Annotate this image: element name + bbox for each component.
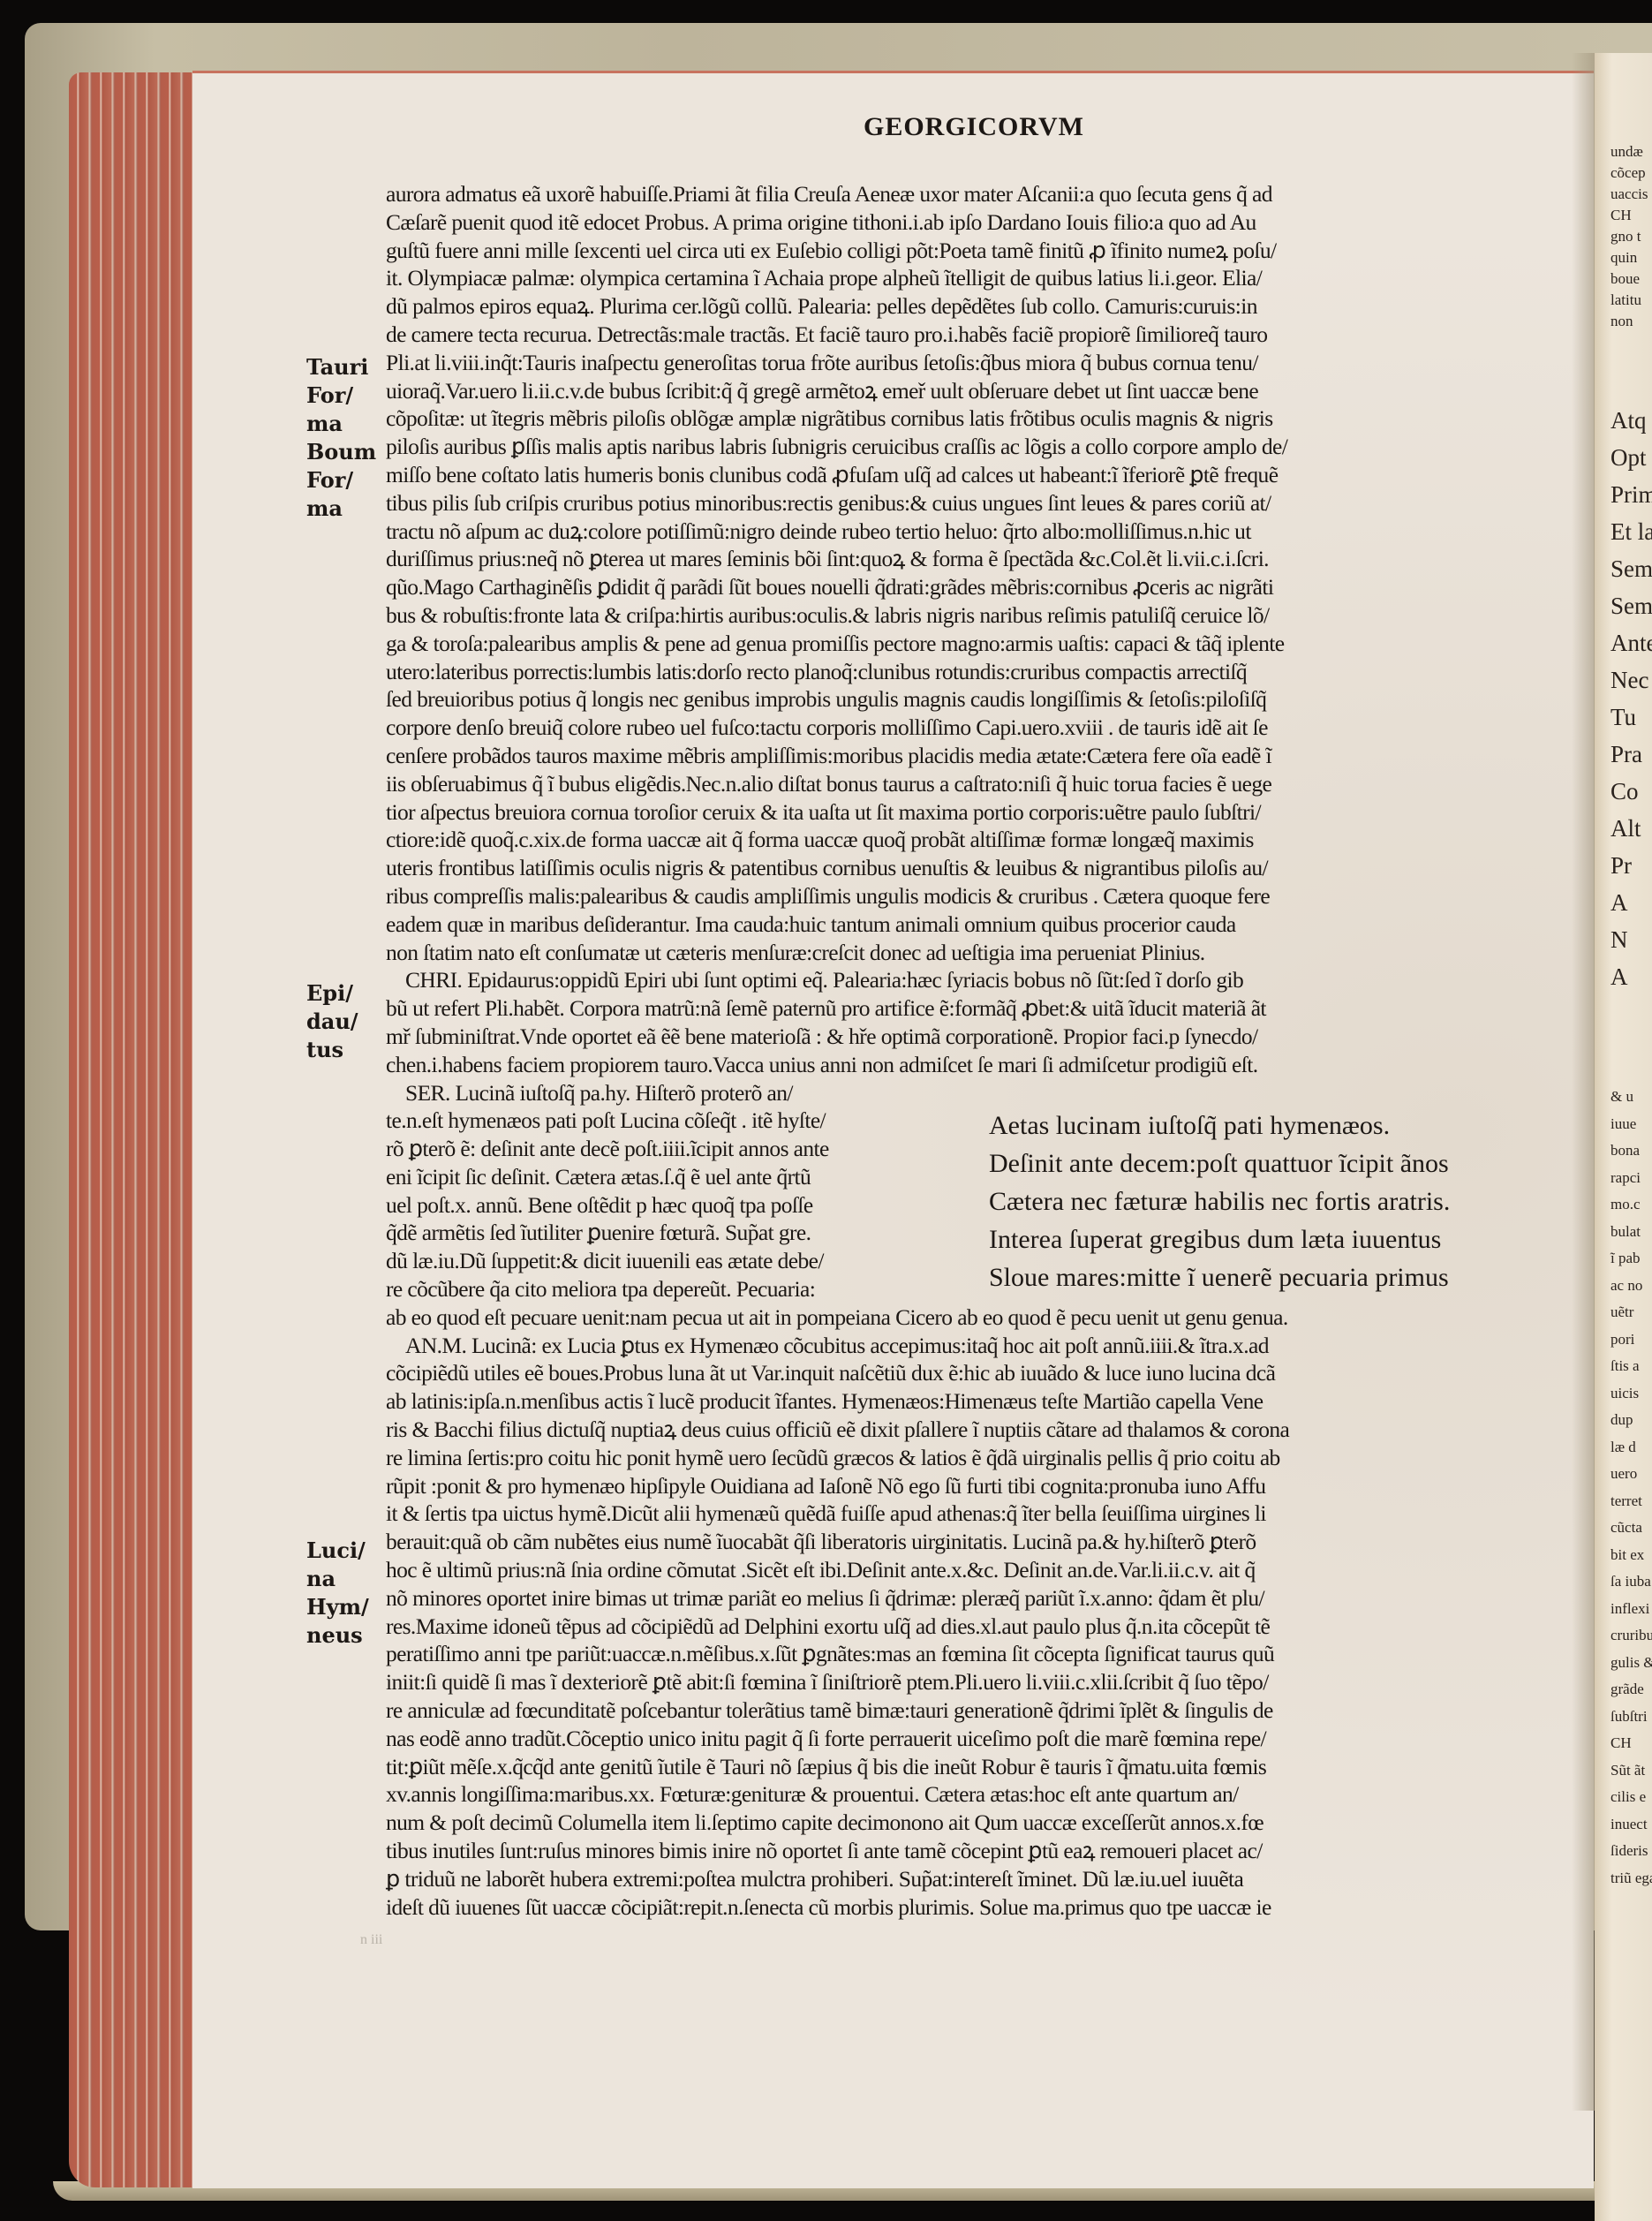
facing-fragment: cilis e <box>1611 1787 1646 1808</box>
facing-fragment: bit ex <box>1611 1545 1644 1566</box>
facing-page-fragment: undæcõcepuaccis CHgno tquinbouelatitunon… <box>1595 53 1652 2221</box>
facing-fragment: grãde <box>1611 1679 1644 1700</box>
facing-fragment: Sem <box>1611 587 1652 624</box>
text-line: berauit:quã ob cãm nubẽtes eius numẽ ĩuo… <box>386 1528 1534 1556</box>
commentary-lower: ab eo quod eſt pecuare uenit:nam pecua u… <box>386 1303 1534 1922</box>
text-line: uel poſt.x. annũ. Bene oſtẽdit p hæc quo… <box>386 1191 995 1220</box>
facing-fragment: Pra <box>1611 736 1642 773</box>
text-line: ris & Bacchi filius dictuſq̃ nuptiaꝝ deu… <box>386 1416 1534 1444</box>
facing-fragment: Tu <box>1611 699 1636 736</box>
text-line: ab latinis:ipſa.n.menſibus actis ĩ lucẽ … <box>386 1387 1534 1416</box>
text-line: bus & robuſtis:fronte lata & criſpa:hirt… <box>386 601 1534 630</box>
facing-fragment: Prim <box>1611 476 1652 513</box>
facing-fragment: dup <box>1611 1409 1633 1431</box>
facing-fragment: Pr <box>1611 847 1632 884</box>
text-line: ctiore:idẽ quoq̃.c.xix.de forma uaccæ ai… <box>386 826 1534 854</box>
facing-fragment: A <box>1611 958 1628 995</box>
verse-line: Aetas lucinam iuſtoſq̃ pati hymenæos. <box>989 1107 1450 1144</box>
facing-fragment: Alt <box>1611 810 1641 847</box>
text-line: re limina ſertis:pro coitu hic ponit hym… <box>386 1444 1534 1472</box>
facing-fragment: CH <box>1611 1733 1632 1754</box>
verse-line: Deſinit ante decem:poſt quattuor ĩcipit … <box>989 1144 1450 1182</box>
text-line: Pli.at li.viii.inq̃t:Tauris inaſpectu ge… <box>386 349 1534 377</box>
facing-fragment: bulat <box>1611 1221 1641 1243</box>
facing-fragment: cũcta <box>1611 1517 1642 1538</box>
facing-fragment: quin <box>1611 247 1637 268</box>
verse-text: Aetas lucinam iuſtoſq̃ pati hymenæos.Deſ… <box>989 1107 1450 1296</box>
text-line: te.n.eſt hymenæos pati poſt Lucina cõſeq… <box>386 1107 995 1135</box>
marginal-note: Tauri For/ ma Boum For/ ma <box>306 353 376 523</box>
facing-fragment: uicis <box>1611 1383 1639 1404</box>
text-line: iis obſeruabimus q̃ ĩ bubus eligẽdis.Nec… <box>386 770 1534 798</box>
marginal-note: Luci/ na Hym/ neus <box>306 1537 369 1650</box>
text-line: it & ſertis tpa uictus hymẽ.Dicũt alii h… <box>386 1500 1534 1528</box>
text-line: tibus inutiles ſunt:ruſus minores bimis … <box>386 1837 1534 1865</box>
facing-fragment: ſa iuba <box>1611 1571 1651 1592</box>
facing-fragment: uero <box>1611 1463 1637 1484</box>
text-line: aurora admatus eã uxorẽ habuiſſe.Priami … <box>386 180 1534 208</box>
facing-fragment: Ante <box>1611 624 1652 661</box>
text-line: res.Maxime idoneũ tẽpus ad cõcipiẽdũ ad … <box>386 1613 1534 1641</box>
text-line: it. Olympiacæ palmæ: olympica certamina … <box>386 264 1534 292</box>
verse-line: Cætera nec fæturæ habilis nec fortis ara… <box>989 1182 1450 1220</box>
facing-fragment: rapci <box>1611 1167 1641 1189</box>
facing-fragment: ĩ pab <box>1611 1248 1641 1269</box>
facing-fragment: & u <box>1611 1086 1633 1107</box>
text-line: iniit:ſi quidẽ ſi mas ĩ dexteriorẽ ꝑtẽ a… <box>386 1668 1534 1696</box>
facing-fragment: inuect <box>1611 1814 1648 1835</box>
facing-fragment: ſtis a <box>1611 1356 1640 1377</box>
text-line: re cõcũbere q̃a cito meliora tpa depereũ… <box>386 1275 995 1303</box>
facing-fragment: læ d <box>1611 1437 1636 1458</box>
text-line: ideſt dũ iuuenes ſũt uaccæ cõcipiãt:repi… <box>386 1893 1534 1922</box>
text-line: dũ læ.iu.Dũ ſuppetit:& dicit iuuenili ea… <box>386 1247 995 1275</box>
text-line: tractu nõ aſpum ac duꝝ:colore potiſſimũ:… <box>386 517 1534 546</box>
text-line: nõ minores oportet inire bimas ut trimæ … <box>386 1584 1534 1613</box>
text-line: tibus pilis ſub criſpis cruribus potius … <box>386 489 1534 517</box>
text-line: peratiſſimo anni tpe pariũt:uaccæ.n.mẽſi… <box>386 1640 1534 1668</box>
verse-line: Sloue mares:mitte ĩ uenerẽ pecuaria prim… <box>989 1258 1450 1296</box>
text-line: ga & toroſa:palearibus amplis & pene ad … <box>386 630 1534 658</box>
facing-fragment: iuue <box>1611 1114 1636 1135</box>
facing-fragment: uẽtr <box>1611 1302 1633 1323</box>
text-line: ſed breuioribus potius q̃ longis nec gen… <box>386 685 1534 714</box>
text-line: qũo.Mago Carthaginẽſis ꝑdidit q̃ parãdi … <box>386 573 1534 601</box>
text-line: eni ĩcipit ſic deſinit. Cætera ætas.ſ.q̃… <box>386 1163 995 1191</box>
text-line: ꝑ triduũ ne laborẽt hubera extremi:poſte… <box>386 1865 1534 1893</box>
facing-fragment: terret <box>1611 1491 1642 1512</box>
text-line: CHRI. Epidaurus:oppidũ Epiri ubi ſunt op… <box>386 966 1534 994</box>
text-line: cenſere probãdos tauros maxime mẽbris am… <box>386 742 1534 770</box>
text-line: xv.annis longiſſima:maribus.xx. Fœturæ:g… <box>386 1780 1534 1809</box>
text-line: tior aſpectus breuiora cornua toroſior c… <box>386 798 1534 827</box>
commentary-upper: aurora admatus eã uxorẽ habuiſſe.Priami … <box>386 180 1534 966</box>
verse-line: Interea ſuperat gregibus dum læta iuuent… <box>989 1220 1450 1258</box>
text-line: ribus compreſſis malis:palearibus & caud… <box>386 882 1534 910</box>
facing-fragment: Co <box>1611 773 1639 810</box>
text-line: Cæſarẽ puenit quod itẽ edocet Probus. A … <box>386 208 1534 237</box>
facing-fragment: Nec <box>1611 661 1648 699</box>
marginal-note: Epi/ dau/ tus <box>306 979 358 1064</box>
facing-fragment: Sem <box>1611 550 1652 587</box>
facing-fragment: Opt <box>1611 439 1647 476</box>
text-line: ab eo quod eſt pecuare uenit:nam pecua u… <box>386 1303 1534 1332</box>
text-line: guſtũ fuere anni mille ſexcenti uel circ… <box>386 237 1534 265</box>
commentary-ser: SER. Lucinã iuſtoſq̃ pa.hy. Hiſterõ prot… <box>386 1079 995 1303</box>
text-line: AN.M. Lucinã: ex Lucia ꝑtus ex Hymenæo c… <box>386 1332 1534 1360</box>
text-line: eadem quæ in maribus deſiderantur. Ima c… <box>386 910 1534 939</box>
facing-fragment: ſideris <box>1611 1840 1648 1862</box>
text-line: non ſtatim nato eſt conſumatæ ut cæteris… <box>386 939 1534 967</box>
text-line: mř ſubminiſtrat.Vnde oportet eã ẽẽ bene … <box>386 1023 1534 1051</box>
text-line: piloſis auribus ꝑſſis malis aptis naribu… <box>386 433 1534 461</box>
facing-fragment: inflexi <box>1611 1598 1649 1620</box>
text-line: rõ ꝑterõ ẽ: deſinit ante decẽ poſt.iiii.… <box>386 1135 995 1163</box>
signature-mark: n iii <box>360 1932 382 1948</box>
facing-fragment: latitu <box>1611 290 1641 311</box>
text-line: SER. Lucinã iuſtoſq̃ pa.hy. Hiſterõ prot… <box>386 1079 995 1107</box>
facing-fragment: gulis & <box>1611 1652 1652 1673</box>
running-head: GEORGICORVM <box>864 112 1084 142</box>
facing-fragment: ac no <box>1611 1275 1642 1296</box>
facing-fragment: gno t <box>1611 226 1641 247</box>
facing-fragment: cõcep <box>1611 162 1646 184</box>
facing-fragment: ſubſtri <box>1611 1706 1648 1727</box>
facing-fragment: uaccis <box>1611 184 1648 205</box>
facing-fragment: undæ <box>1611 141 1643 162</box>
facing-fragment: boue <box>1611 268 1640 290</box>
facing-fragment: pori <box>1611 1329 1634 1350</box>
red-sprinkled-page-edges <box>69 72 195 2187</box>
facing-fragment: N <box>1611 921 1628 958</box>
facing-fragment: Sũt ãt <box>1611 1760 1645 1781</box>
facing-fragment: non <box>1611 311 1633 332</box>
text-line: bũ ut refert Pli.habẽt. Corpora matrũ:nã… <box>386 994 1534 1023</box>
facing-fragment: CH <box>1611 205 1632 226</box>
text-line: uteris frontibus latiſſimis oculis nigri… <box>386 854 1534 882</box>
text-line: corpore denſo breuiq̃ colore rubeo uel f… <box>386 714 1534 742</box>
text-line: uioraq̃.Var.uero li.ii.c.v.de bubus ſcri… <box>386 377 1534 405</box>
commentary-chri: CHRI. Epidaurus:oppidũ Epiri ubi ſunt op… <box>386 966 1534 1078</box>
text-line: re anniculæ ad fœcunditatẽ poſcebantur t… <box>386 1696 1534 1725</box>
facing-fragment: A <box>1611 884 1628 921</box>
text-line: chen.i.habens faciem propiorem tauro.Vac… <box>386 1051 1534 1079</box>
text-line: q̃dẽ armẽtis ſed ĩutiliter ꝑuenire fœtur… <box>386 1219 995 1247</box>
facing-fragment: Et la <box>1611 513 1652 550</box>
commentary-block: aurora admatus eã uxorẽ habuiſſe.Priami … <box>386 180 1534 1921</box>
facing-fragment: bona <box>1611 1140 1640 1161</box>
facing-fragment: triũ ega <box>1611 1868 1652 1889</box>
text-line: hoc ẽ ultimũ prius:nã ſnia ordine cõmuta… <box>386 1556 1534 1584</box>
facing-fragment: mo.c <box>1611 1194 1641 1215</box>
text-line: rũpit :ponit & pro hymenæo hipſipyle Oui… <box>386 1472 1534 1500</box>
text-line: utero:lateribus porrectis:lumbis latis:d… <box>386 658 1534 686</box>
text-line: cõcipiẽdũ utiles eẽ boues.Probus luna ãt… <box>386 1359 1534 1387</box>
text-line: de camere tecta recurua. Detrectãs:male … <box>386 321 1534 349</box>
facing-fragment: Atq <box>1611 402 1647 439</box>
text-line: num & poſt decimũ Columella item li.ſept… <box>386 1809 1534 1837</box>
text-line: tit:ꝑiũt mẽſe.x.q̃cq̃d ante genitũ ĩutil… <box>386 1753 1534 1781</box>
text-line: nas eodẽ anno tradũt.Cõceptio unico init… <box>386 1725 1534 1753</box>
text-line: duriſſimus prius:neq̃ nõ ꝑterea ut mares… <box>386 545 1534 573</box>
facing-fragment: cruribu <box>1611 1625 1652 1646</box>
text-line: cõpoſitæ: ut ĩtegris mẽbris piloſis oblõ… <box>386 404 1534 433</box>
text-line: miſſo bene coſtato latis humeris bonis c… <box>386 461 1534 489</box>
gutter-shadow <box>1572 53 1595 2111</box>
text-line: dũ palmos epiros equaꝝ. Plurima cer.lõgũ… <box>386 292 1534 321</box>
